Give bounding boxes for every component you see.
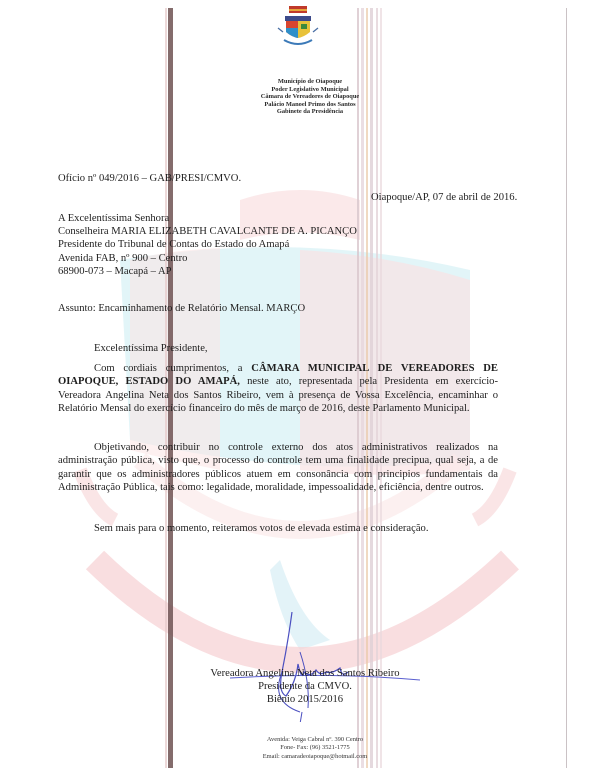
scan-stripe: [566, 8, 567, 768]
signer-term: Biênio 2015/2016: [180, 694, 430, 707]
footer-address: Avenida: Veiga Cabral nº. 390 Centro: [200, 736, 430, 744]
municipal-coat-of-arms-icon: [274, 4, 322, 54]
institution-line: Gabinete da Presidência: [220, 108, 400, 116]
institution-line: Município de Oiapoque: [220, 78, 400, 86]
recipient-line: Conselheira MARIA ELIZABETH CAVALCANTE D…: [58, 225, 357, 238]
recipient-line: A Excelentíssima Senhora: [58, 212, 357, 225]
p1-text: Com cordiais cumprimentos, a: [94, 363, 251, 374]
document-page: Município de Oiapoque Poder Legislativo …: [0, 0, 593, 768]
body-paragraph-2: Objetivando, contribuir no controle exte…: [58, 441, 498, 494]
institution-line: Câmara de Vereadores de Oiapoque: [220, 93, 400, 101]
institution-line: Palácio Manoel Primo dos Santos: [220, 101, 400, 109]
recipient-line: Presidente do Tribunal de Contas do Esta…: [58, 238, 357, 251]
letter-reference: Ofício nº 049/2016 – GAB/PRESI/CMVO.: [58, 172, 241, 185]
signer-role: Presidente da CMVO.: [180, 681, 430, 694]
institution-line: Poder Legislativo Municipal: [220, 86, 400, 94]
body-paragraph-3: Sem mais para o momento, reiteramos voto…: [58, 522, 498, 535]
footer-contact: Avenida: Veiga Cabral nº. 390 Centro Fon…: [200, 736, 430, 761]
salutation: Excelentíssima Presidente,: [94, 342, 208, 355]
footer-email: Email: camaradeoiapoque@hotmail.com: [200, 753, 430, 761]
signer-name: Vereadora Angelina Neta dos Santos Ribei…: [180, 668, 430, 681]
body-paragraph-1: Com cordiais cumprimentos, a CÂMARA MUNI…: [58, 362, 498, 415]
recipient-block: A Excelentíssima Senhora Conselheira MAR…: [58, 212, 357, 278]
signature-block: Vereadora Angelina Neta dos Santos Ribei…: [180, 668, 430, 706]
institution-header: Município de Oiapoque Poder Legislativo …: [220, 78, 400, 116]
footer-phone: Fone- Fax: (96) 3521-1775: [200, 744, 430, 752]
recipient-line: 68900-073 – Macapá – AP: [58, 265, 357, 278]
place-date: Oiapoque/AP, 07 de abril de 2016.: [371, 191, 517, 204]
subject-line: Assunto: Encaminhamento de Relatório Men…: [58, 302, 305, 315]
recipient-line: Avenida FAB, nº 900 – Centro: [58, 252, 357, 265]
